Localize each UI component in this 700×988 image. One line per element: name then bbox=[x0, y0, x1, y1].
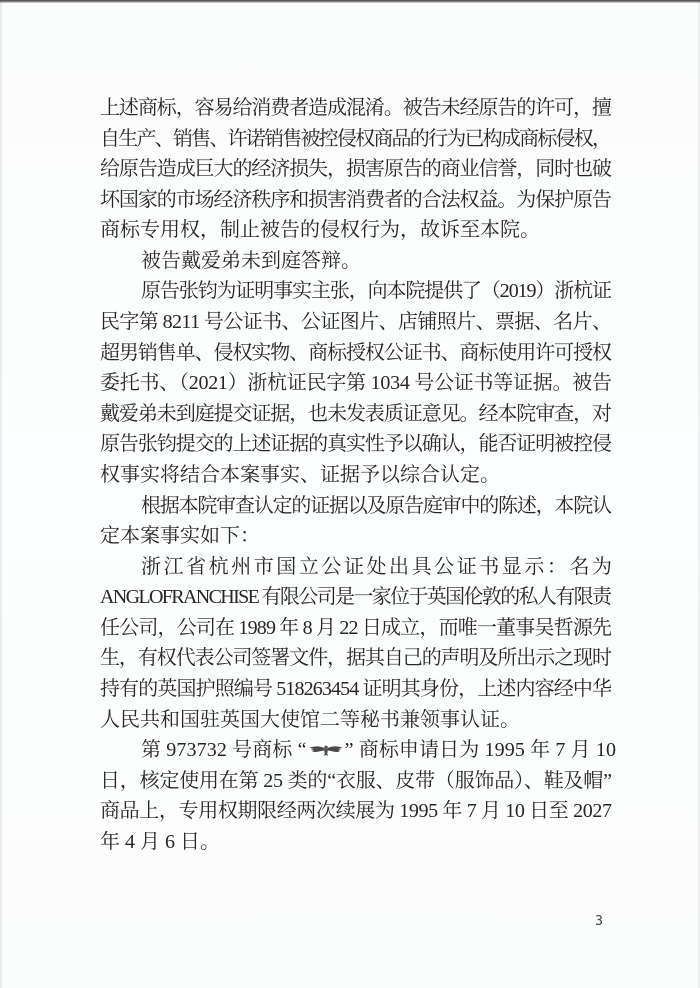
text-line-content: 生，有权代表公司签署文件，据其自己的声明及所出示之现时 bbox=[100, 647, 611, 669]
text-line: 日，核定使用在第 25 类的“衣服、皮带（服饰品）、鞋及帽” bbox=[100, 766, 612, 797]
text-line: 委托书、（2021）浙杭证民字第 1034 号公证书等证据。被告 bbox=[100, 368, 612, 399]
text-line: 商品上，专用权期限经两次续展为 1995 年 7 月 10 日至 2027 bbox=[100, 796, 612, 827]
text-line-content: 根据本院审查认定的证据以及原告庭审中的陈述，本院认 bbox=[141, 495, 611, 517]
text-line: 定本案事实如下： bbox=[100, 521, 612, 552]
text-line-content: 坏国家的市场经济秩序和损害消费者的合法权益。为保护原告 bbox=[100, 189, 611, 211]
text-line: 浙江省杭州市国立公证处出具公证书显示：名为 bbox=[100, 552, 612, 583]
text-line: 生，有权代表公司签署文件，据其自己的声明及所出示之现时 bbox=[100, 643, 612, 674]
page-number: 3 bbox=[589, 914, 609, 929]
text-line-content: 戴爱弟未到庭提交证据，也未发表质证意见。经本院审查，对 bbox=[100, 403, 611, 425]
text-line: 自生产、销售、许诺销售被控侵权商品的行为已构成商标侵权， bbox=[100, 124, 612, 155]
text-line-content: 持有的英国护照编号 518263454 证明其身份，上述内容经中华 bbox=[100, 678, 611, 700]
text-line-content: 商品上，专用权期限经两次续展为 1995 年 7 月 10 日至 2027 bbox=[100, 800, 612, 822]
scan-top-edge bbox=[0, 0, 700, 3]
text-line-content: ANGLOFRANCHISE 有限公司是一家位于英国伦敦的私人有限责 bbox=[100, 586, 610, 608]
text-line: 商标专用权，制止被告的侵权行为，故诉至本院。 bbox=[100, 215, 612, 246]
scanned-document-page: 上述商标，容易给消费者造成混淆。被告未经原告的许可，擅自生产、销售、许诺销售被控… bbox=[0, 0, 700, 988]
text-line-content: 民字第 8211 号公证书、公证图片、店铺照片、票据、名片、 bbox=[100, 311, 611, 333]
text-line-content: 日，核定使用在第 25 类的“衣服、皮带（服饰品）、鞋及帽” bbox=[100, 770, 612, 792]
text-line: 人民共和国驻英国大使馆二等秘书兼领事认证。 bbox=[100, 705, 612, 736]
text-line: 持有的英国护照编号 518263454 证明其身份，上述内容经中华 bbox=[100, 674, 612, 705]
text-line-content: 超男销售单、侵权实物、商标授权公证书、商标使用许可授权 bbox=[100, 342, 611, 364]
text-line: 年 4 月 6 日。 bbox=[100, 827, 612, 858]
text-line-content: 上述商标，容易给消费者造成混淆。被告未经原告的许可，擅 bbox=[100, 97, 611, 119]
text-line: 上述商标，容易给消费者造成混淆。被告未经原告的许可，擅 bbox=[100, 93, 612, 124]
text-line: 第 973732 号商标 “ ” 商标申请日为 1995 年 7 月 10 bbox=[100, 735, 612, 766]
eagle-trademark-icon bbox=[309, 744, 343, 758]
text-line: 权事实将结合本案事实、证据予以综合认定。 bbox=[100, 460, 612, 491]
text-line: 原告张钧为证明事实主张，向本院提供了（2019）浙杭证 bbox=[100, 276, 612, 307]
text-line-content: 人民共和国驻英国大使馆二等秘书兼领事认证。 bbox=[100, 709, 520, 731]
scan-left-edge bbox=[0, 0, 2, 988]
text-line: 被告戴爱弟未到庭答辩。 bbox=[100, 246, 612, 277]
text-line: 任公司，公司在 1989 年 8 月 22 日成立，而唯一董事吴哲源先 bbox=[100, 613, 612, 644]
trademark-line-post-text: ” 商标申请日为 1995 年 7 月 10 bbox=[345, 739, 617, 761]
text-line-content: 自生产、销售、许诺销售被控侵权商品的行为已构成商标侵权， bbox=[100, 128, 610, 150]
text-line-content: 定本案事实如下： bbox=[100, 525, 260, 547]
text-line: 戴爱弟未到庭提交证据，也未发表质证意见。经本院审查，对 bbox=[100, 399, 612, 430]
text-line: 超男销售单、侵权实物、商标授权公证书、商标使用许可授权 bbox=[100, 338, 612, 369]
text-line-content: 原告张钧提交的上述证据的真实性予以确认，能否证明被控侵 bbox=[100, 433, 611, 455]
text-line-content: 任公司，公司在 1989 年 8 月 22 日成立，而唯一董事吴哲源先 bbox=[100, 617, 611, 639]
text-line: ANGLOFRANCHISE 有限公司是一家位于英国伦敦的私人有限责 bbox=[100, 582, 612, 613]
text-line-content: 委托书、（2021）浙杭证民字第 1034 号公证书等证据。被告 bbox=[100, 372, 612, 394]
text-line-content: 年 4 月 6 日。 bbox=[100, 831, 220, 853]
text-line-content: 商标专用权，制止被告的侵权行为，故诉至本院。 bbox=[100, 219, 540, 241]
text-line: 给原告造成巨大的经济损失，损害原告的商业信誉，同时也破 bbox=[100, 154, 612, 185]
text-line: 民字第 8211 号公证书、公证图片、店铺照片、票据、名片、 bbox=[100, 307, 612, 338]
text-line: 根据本院审查认定的证据以及原告庭审中的陈述，本院认 bbox=[100, 491, 612, 522]
trademark-line-pre-text: 第 973732 号商标 “ bbox=[141, 739, 307, 761]
text-line-content: 被告戴爱弟未到庭答辩。 bbox=[141, 250, 361, 272]
text-line-content: 原告张钧为证明事实主张，向本院提供了（2019）浙杭证 bbox=[141, 280, 611, 302]
text-line-content: 给原告造成巨大的经济损失，损害原告的商业信誉，同时也破 bbox=[100, 158, 611, 180]
text-line-content: 浙江省杭州市国立公证处出具公证书显示：名为 bbox=[141, 556, 615, 578]
text-line-content: 权事实将结合本案事实、证据予以综合认定。 bbox=[100, 464, 500, 486]
text-line: 坏国家的市场经济秩序和损害消费者的合法权益。为保护原告 bbox=[100, 185, 612, 216]
text-line: 原告张钧提交的上述证据的真实性予以确认，能否证明被控侵 bbox=[100, 429, 612, 460]
document-text: 上述商标，容易给消费者造成混淆。被告未经原告的许可，擅自生产、销售、许诺销售被控… bbox=[100, 93, 612, 857]
